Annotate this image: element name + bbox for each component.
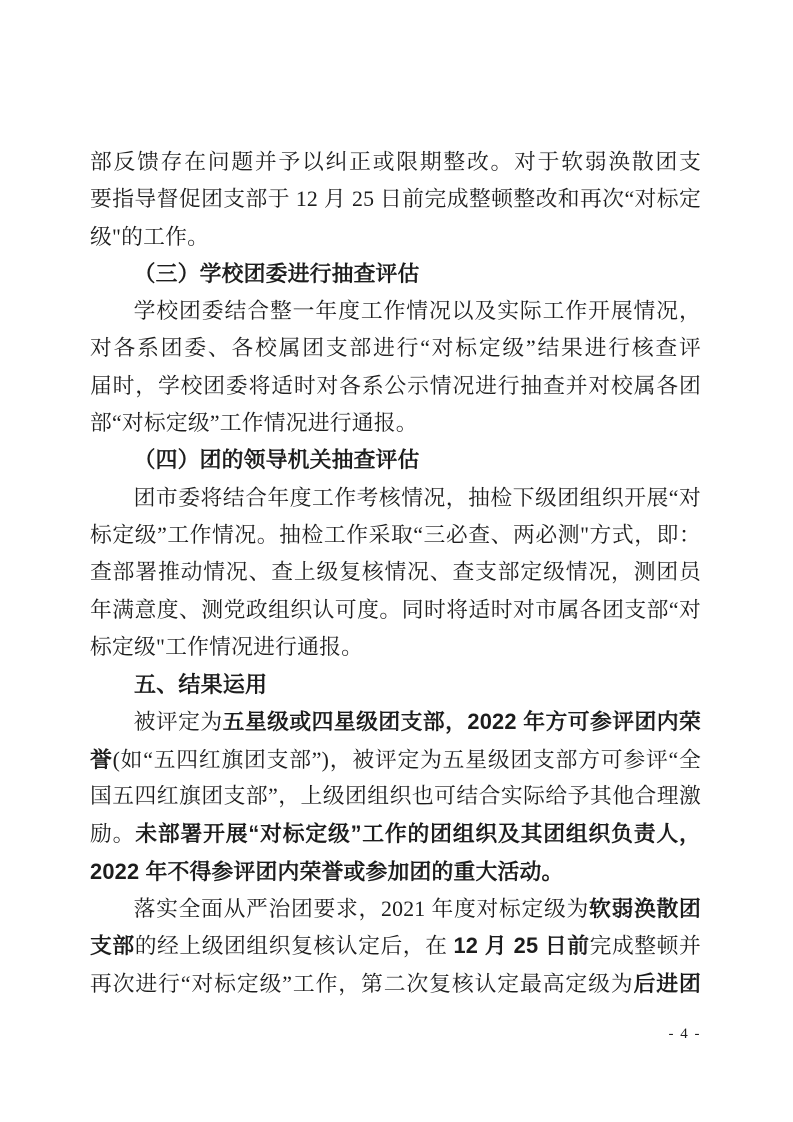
document-body: 部反馈存在问题并予以纠正或限期整改。对于软弱涣散团支部，要指导督促团支部于 12… xyxy=(90,144,701,1002)
text-segment: 年满意度、测党政组织认可度。同时将适时对市属各团支部“对 xyxy=(90,598,701,622)
text-segment: 级"的工作。 xyxy=(90,225,209,249)
text-line: 届时，学校团委将适时对各系公示情况进行抽查并对校属各团支 xyxy=(90,368,701,405)
text-line: 部反馈存在问题并予以纠正或限期整改。对于软弱涣散团支部， xyxy=(90,144,701,181)
text-line: 2022 年不得参评团内荣誉或参加团的重大活动。 xyxy=(90,853,701,890)
text-line: 国五四红旗团支部”，上级团组织也可结合实际给予其他合理激 xyxy=(90,778,701,815)
text-segment: (如“五四红旗团支部”)，被评定为五星级团支部方可参评“全 xyxy=(113,748,701,772)
bold-text-segment: 软弱涣散团 xyxy=(589,896,701,921)
bold-text-segment: 誉 xyxy=(90,747,113,772)
text-segment: 标定级”工作情况。抽检工作采取“三必查、两必测"方式，即： xyxy=(90,523,701,547)
section-heading: 五、结果运用 xyxy=(90,666,701,703)
text-line: 被评定为五星级或四星级团支部，2022 年方可参评团内荣 xyxy=(90,703,701,740)
text-segment: 落实全面从严治团要求，2021 年度对标定级为 xyxy=(134,897,589,921)
text-line: 标定级”工作情况。抽检工作采取“三必查、两必测"方式，即： xyxy=(90,517,701,554)
text-line: 再次进行“对标定级”工作，第二次复核认定最高定级为后进团 xyxy=(90,965,701,1002)
text-segment: 学校团委结合整一年度工作情况以及实际工作开展情况，将 xyxy=(90,299,701,330)
text-line: 支部的经上级团组织复核认定后，在 12 月 25 日前完成整顿并 xyxy=(90,927,701,964)
text-line: 团市委将结合年度工作考核情况，抽检下级团组织开展“对 xyxy=(90,480,701,517)
text-segment: 要指导督促团支部于 12 月 25 日前完成整顿整改和再次“对标定 xyxy=(90,187,701,211)
text-line: 年满意度、测党政组织认可度。同时将适时对市属各团支部“对 xyxy=(90,592,701,629)
text-line: 查部署推动情况、查上级复核情况、查支部定级情况，测团员青 xyxy=(90,554,701,591)
text-line: 要指导督促团支部于 12 月 25 日前完成整顿整改和再次“对标定 xyxy=(90,181,701,218)
text-segment: 励。 xyxy=(90,822,135,846)
bold-text-segment: 未部署开展“对标定级”工作的团组织及其团组织负责人， xyxy=(135,821,701,846)
page-number: - 4 - xyxy=(90,1026,701,1043)
text-segment: 标定级"工作情况进行通报。 xyxy=(90,635,363,659)
text-segment: 的经上级团组织复核认定后，在 xyxy=(135,934,454,958)
bold-text-segment: 2022 年不得参评团内荣誉或参加团的重大活动。 xyxy=(90,859,564,884)
text-line: 级"的工作。 xyxy=(90,219,701,256)
bold-text-segment: 五、结果运用 xyxy=(134,672,267,697)
section-heading: （三）学校团委进行抽查评估 xyxy=(90,256,701,293)
text-segment: （三）学校团委进行抽查评估 xyxy=(134,262,420,286)
section-heading: （四）团的领导机关抽查评估 xyxy=(90,442,701,479)
text-line: 誉(如“五四红旗团支部”)，被评定为五星级团支部方可参评“全 xyxy=(90,741,701,778)
bold-text-segment: 五星级或四星级团支部，2022 年方可参评团内荣 xyxy=(223,709,701,734)
text-segment: 对各系团委、各校属团支部进行“对标定级”结果进行核查评估。 xyxy=(90,336,701,367)
text-line: 标定级"工作情况进行通报。 xyxy=(90,629,701,666)
text-line: 部“对标定级”工作情况进行通报。 xyxy=(90,405,701,442)
text-segment: 届时，学校团委将适时对各系公示情况进行抽查并对校属各团支 xyxy=(90,374,701,405)
bold-text-segment: 12 月 25 日前 xyxy=(453,933,589,958)
text-line: 学校团委结合整一年度工作情况以及实际工作开展情况，将 xyxy=(90,293,701,330)
bold-text-segment: 支部 xyxy=(90,933,135,958)
text-segment: 部反馈存在问题并予以纠正或限期整改。对于软弱涣散团支部， xyxy=(90,150,701,181)
document-page: 部反馈存在问题并予以纠正或限期整改。对于软弱涣散团支部，要指导督促团支部于 12… xyxy=(0,0,793,1122)
text-line: 励。未部署开展“对标定级”工作的团组织及其团组织负责人， xyxy=(90,815,701,852)
text-segment: 团市委将结合年度工作考核情况，抽检下级团组织开展“对 xyxy=(134,486,701,510)
text-segment: 被评定为 xyxy=(134,710,223,734)
text-segment: 完成整顿并 xyxy=(590,934,701,958)
bold-text-segment: 后进团 xyxy=(634,971,701,996)
text-line: 落实全面从严治团要求，2021 年度对标定级为软弱涣散团 xyxy=(90,890,701,927)
text-line: 对各系团委、各校属团支部进行“对标定级”结果进行核查评估。 xyxy=(90,330,701,367)
text-segment: 部“对标定级”工作情况进行通报。 xyxy=(90,411,418,435)
text-segment: （四）团的领导机关抽查评估 xyxy=(134,448,420,472)
text-segment: 再次进行“对标定级”工作，第二次复核认定最高定级为 xyxy=(90,972,634,996)
text-segment: 国五四红旗团支部”，上级团组织也可结合实际给予其他合理激 xyxy=(90,784,701,808)
text-segment: 查部署推动情况、查上级复核情况、查支部定级情况，测团员青 xyxy=(90,560,701,591)
